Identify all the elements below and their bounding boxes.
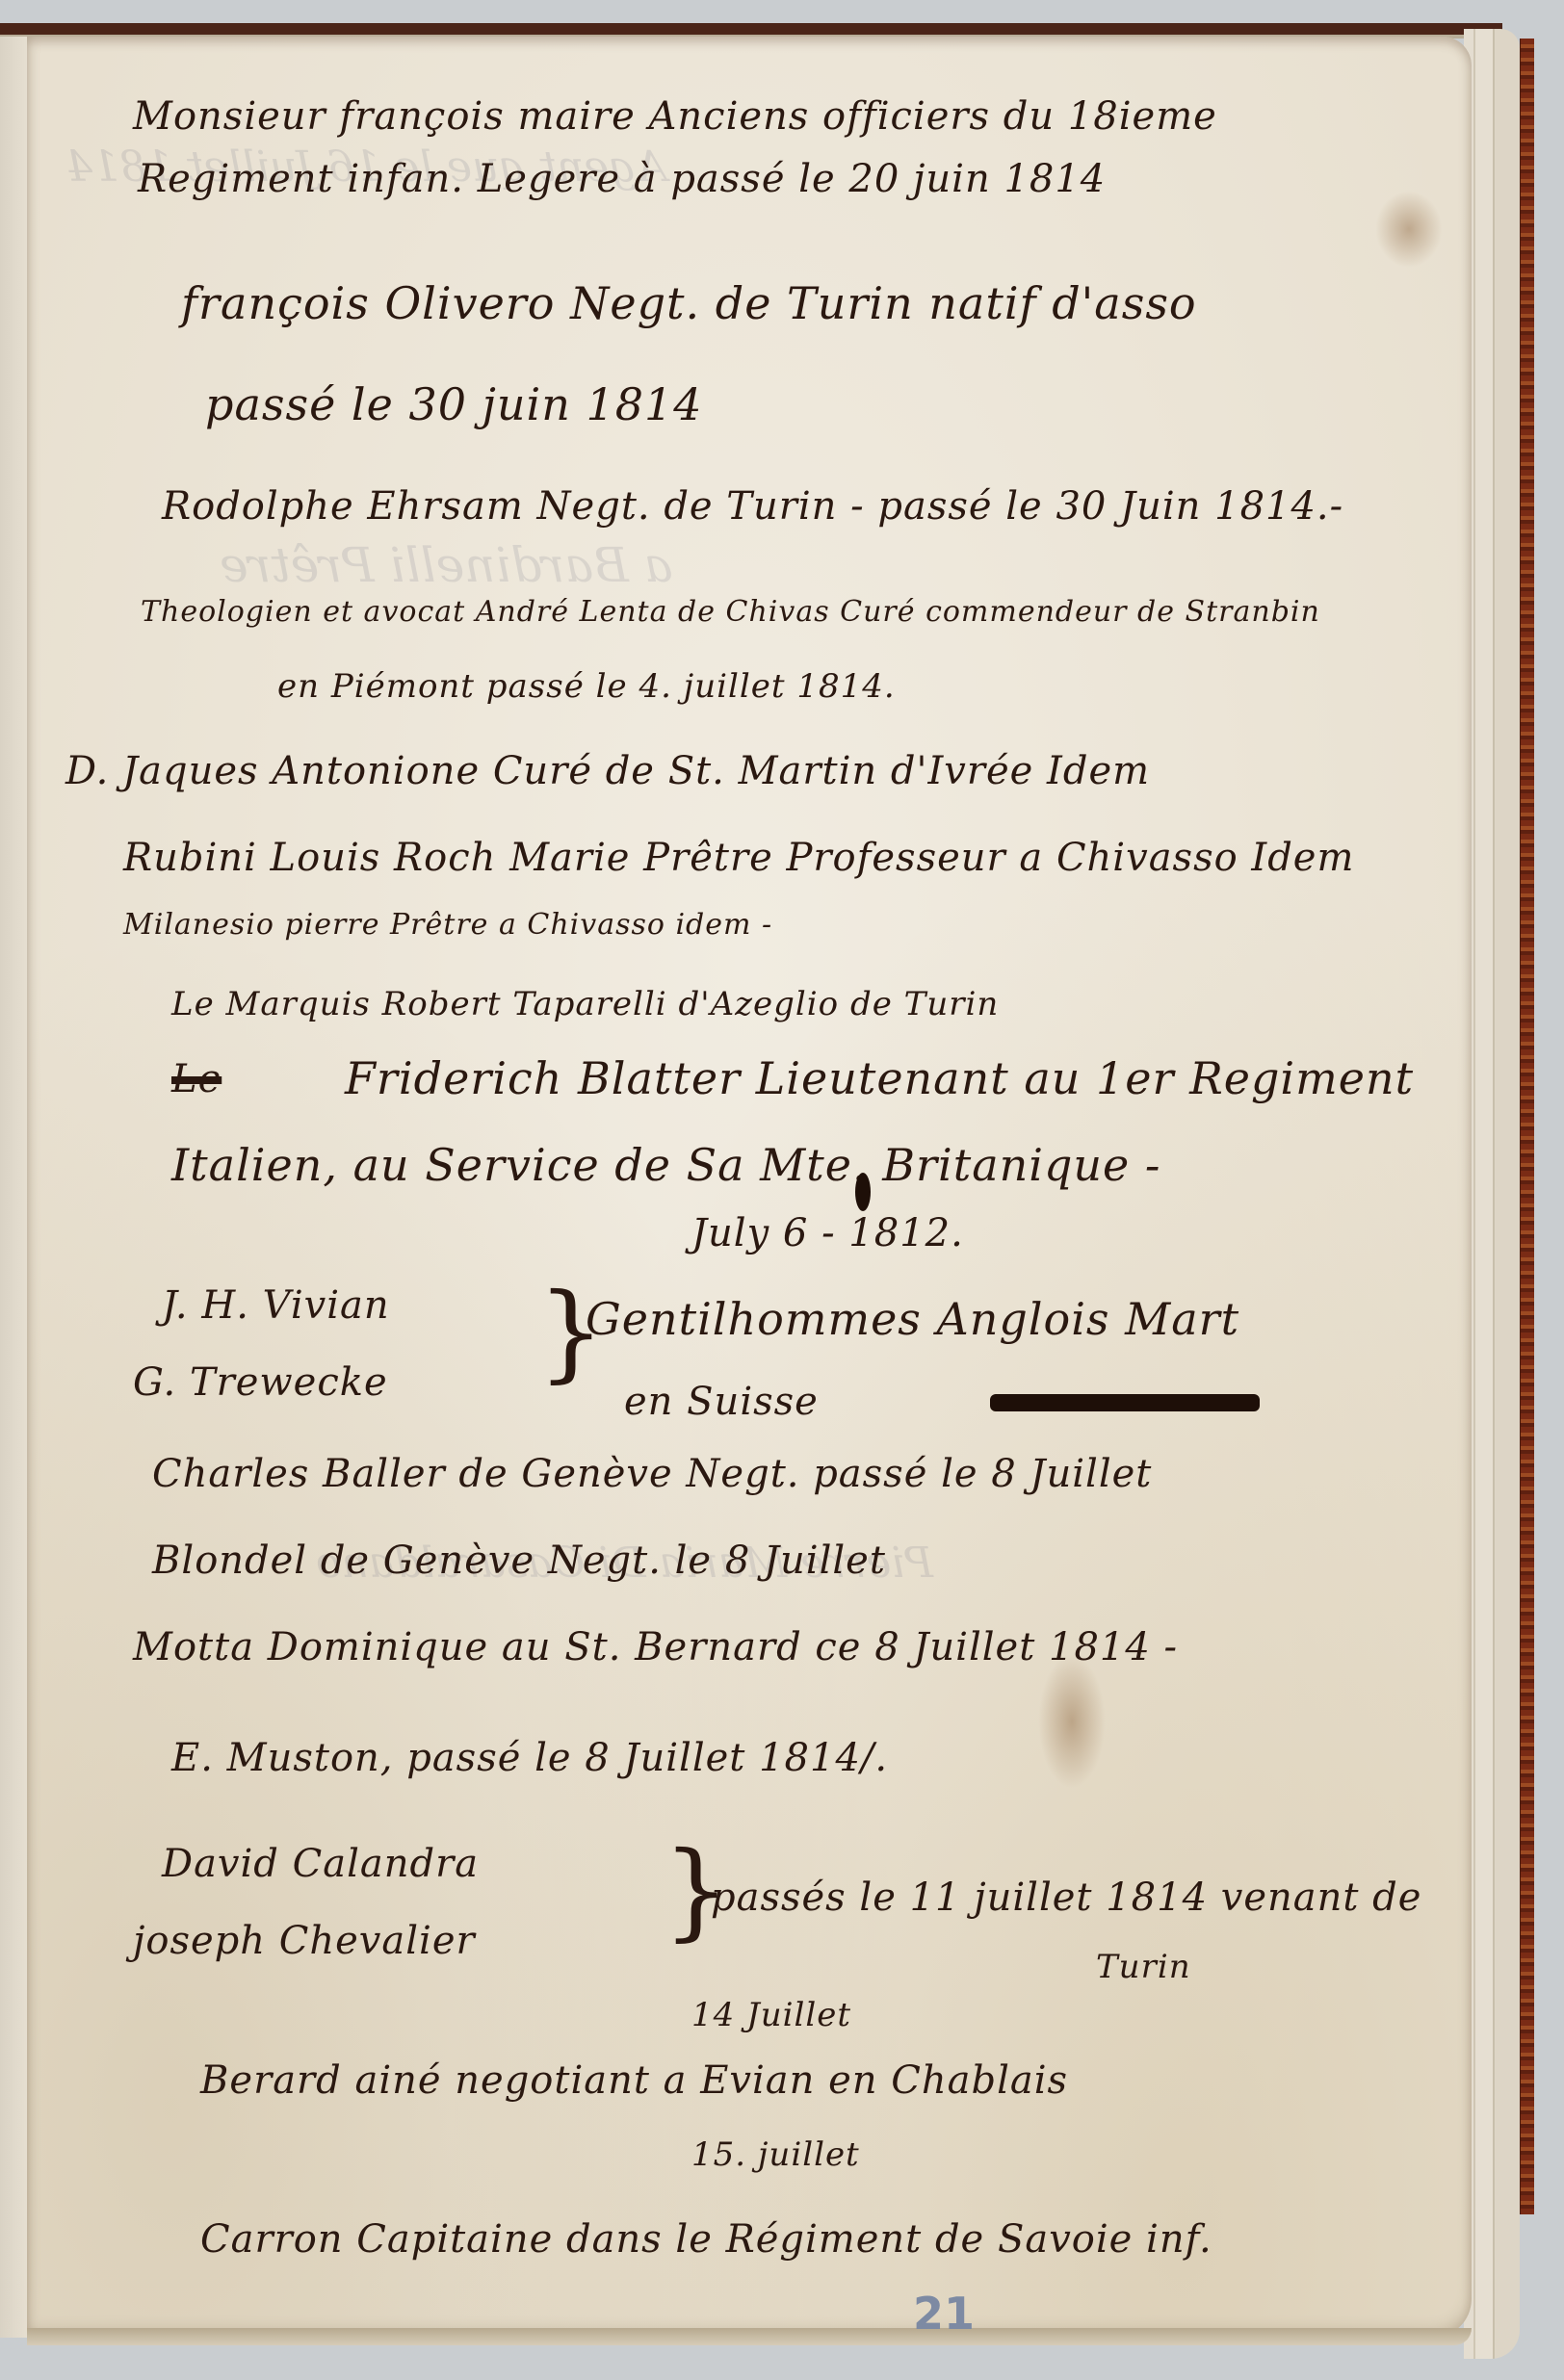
entry-1-line-1: Monsieur françois maire Anciens officier… [133, 94, 1217, 139]
entry-16-date-note: 14 Juillet [691, 1996, 851, 2034]
entry-9-line-1: Friderich Blatter Lieutenant au 1er Regi… [345, 1052, 1414, 1104]
entry-5-line-1: D. Jaques Antonione Curé de St. Martin d… [65, 749, 1150, 793]
entry-10-name-2: G. Trewecke [133, 1360, 388, 1405]
entry-9-line-2: Italien, au Service de Sa Mte. Britaniqu… [171, 1139, 1160, 1191]
entry-13-line-1: Motta Dominique au St. Bernard ce 8 Juil… [133, 1625, 1178, 1669]
entry-4-line-2: en Piémont passé le 4. juillet 1814. [277, 667, 896, 706]
entry-2-line-1: françois Olivero Negt. de Turin natif d'… [181, 277, 1197, 329]
ink-blot [855, 1173, 871, 1211]
entry-14-line-1: E. Muston, passé le 8 Juillet 1814/. [171, 1736, 888, 1780]
entry-12-line-1: Blondel de Genève Negt. le 8 Juillet [152, 1539, 886, 1583]
entry-17-date-note: 15. juillet [691, 2135, 860, 2174]
page-bottom-edge [27, 2328, 1472, 2345]
ink-stroke [990, 1394, 1260, 1411]
entry-3-line-1: Rodolphe Ehrsam Negt. de Turin - passé l… [162, 484, 1343, 529]
entry-10-name-1: J. H. Vivian [162, 1283, 390, 1328]
entry-15-name-2: joseph Chevalier [133, 1919, 476, 1963]
entry-10-line-2: en Suisse [624, 1380, 819, 1424]
entry-16-line-1: Berard ainé negotiant a Evian en Chablai… [200, 2058, 1068, 2103]
entry-7-line-1: Milanesio pierre Prêtre a Chivasso idem … [123, 908, 772, 942]
page-stack-edge [1464, 29, 1520, 2359]
entry-8-line-1: Le Marquis Robert Taparelli d'Azeglio de… [171, 985, 999, 1023]
book-top-edge [0, 0, 1502, 39]
entry-15-line-1: passés le 11 juillet 1814 venant de [711, 1876, 1421, 1920]
entry-6-line-1: Rubini Louis Roch Marie Prêtre Professeu… [123, 836, 1354, 880]
page-number: 21 [913, 2288, 975, 2340]
left-gutter [0, 37, 29, 2338]
entry-15-line-2: Turin [1096, 1948, 1191, 1986]
entry-4-line-1: Theologien et avocat André Lenta de Chiv… [141, 595, 1320, 629]
entry-10-line-1: Gentilhommes Anglois Mart [586, 1293, 1239, 1345]
entry-9-struck-prefix: Le [171, 1057, 222, 1101]
manuscript-page: Agent que le 16 Juillet 1814 a Bardinell… [27, 37, 1472, 2338]
entry-1-line-2: Regiment infan. Legere à passé le 20 jui… [138, 157, 1106, 201]
entry-10-date-note: July 6 - 1812. [691, 1211, 964, 1255]
entry-15-name-1: David Calandra [162, 1842, 479, 1886]
leather-binding [1520, 39, 1534, 2214]
entry-17-line-1: Carron Capitaine dans le Régiment de Sav… [200, 2217, 1212, 2262]
entry-11-line-1: Charles Baller de Genève Negt. passé le … [152, 1452, 1152, 1496]
entry-2-line-2: passé le 30 juin 1814 [205, 378, 703, 430]
